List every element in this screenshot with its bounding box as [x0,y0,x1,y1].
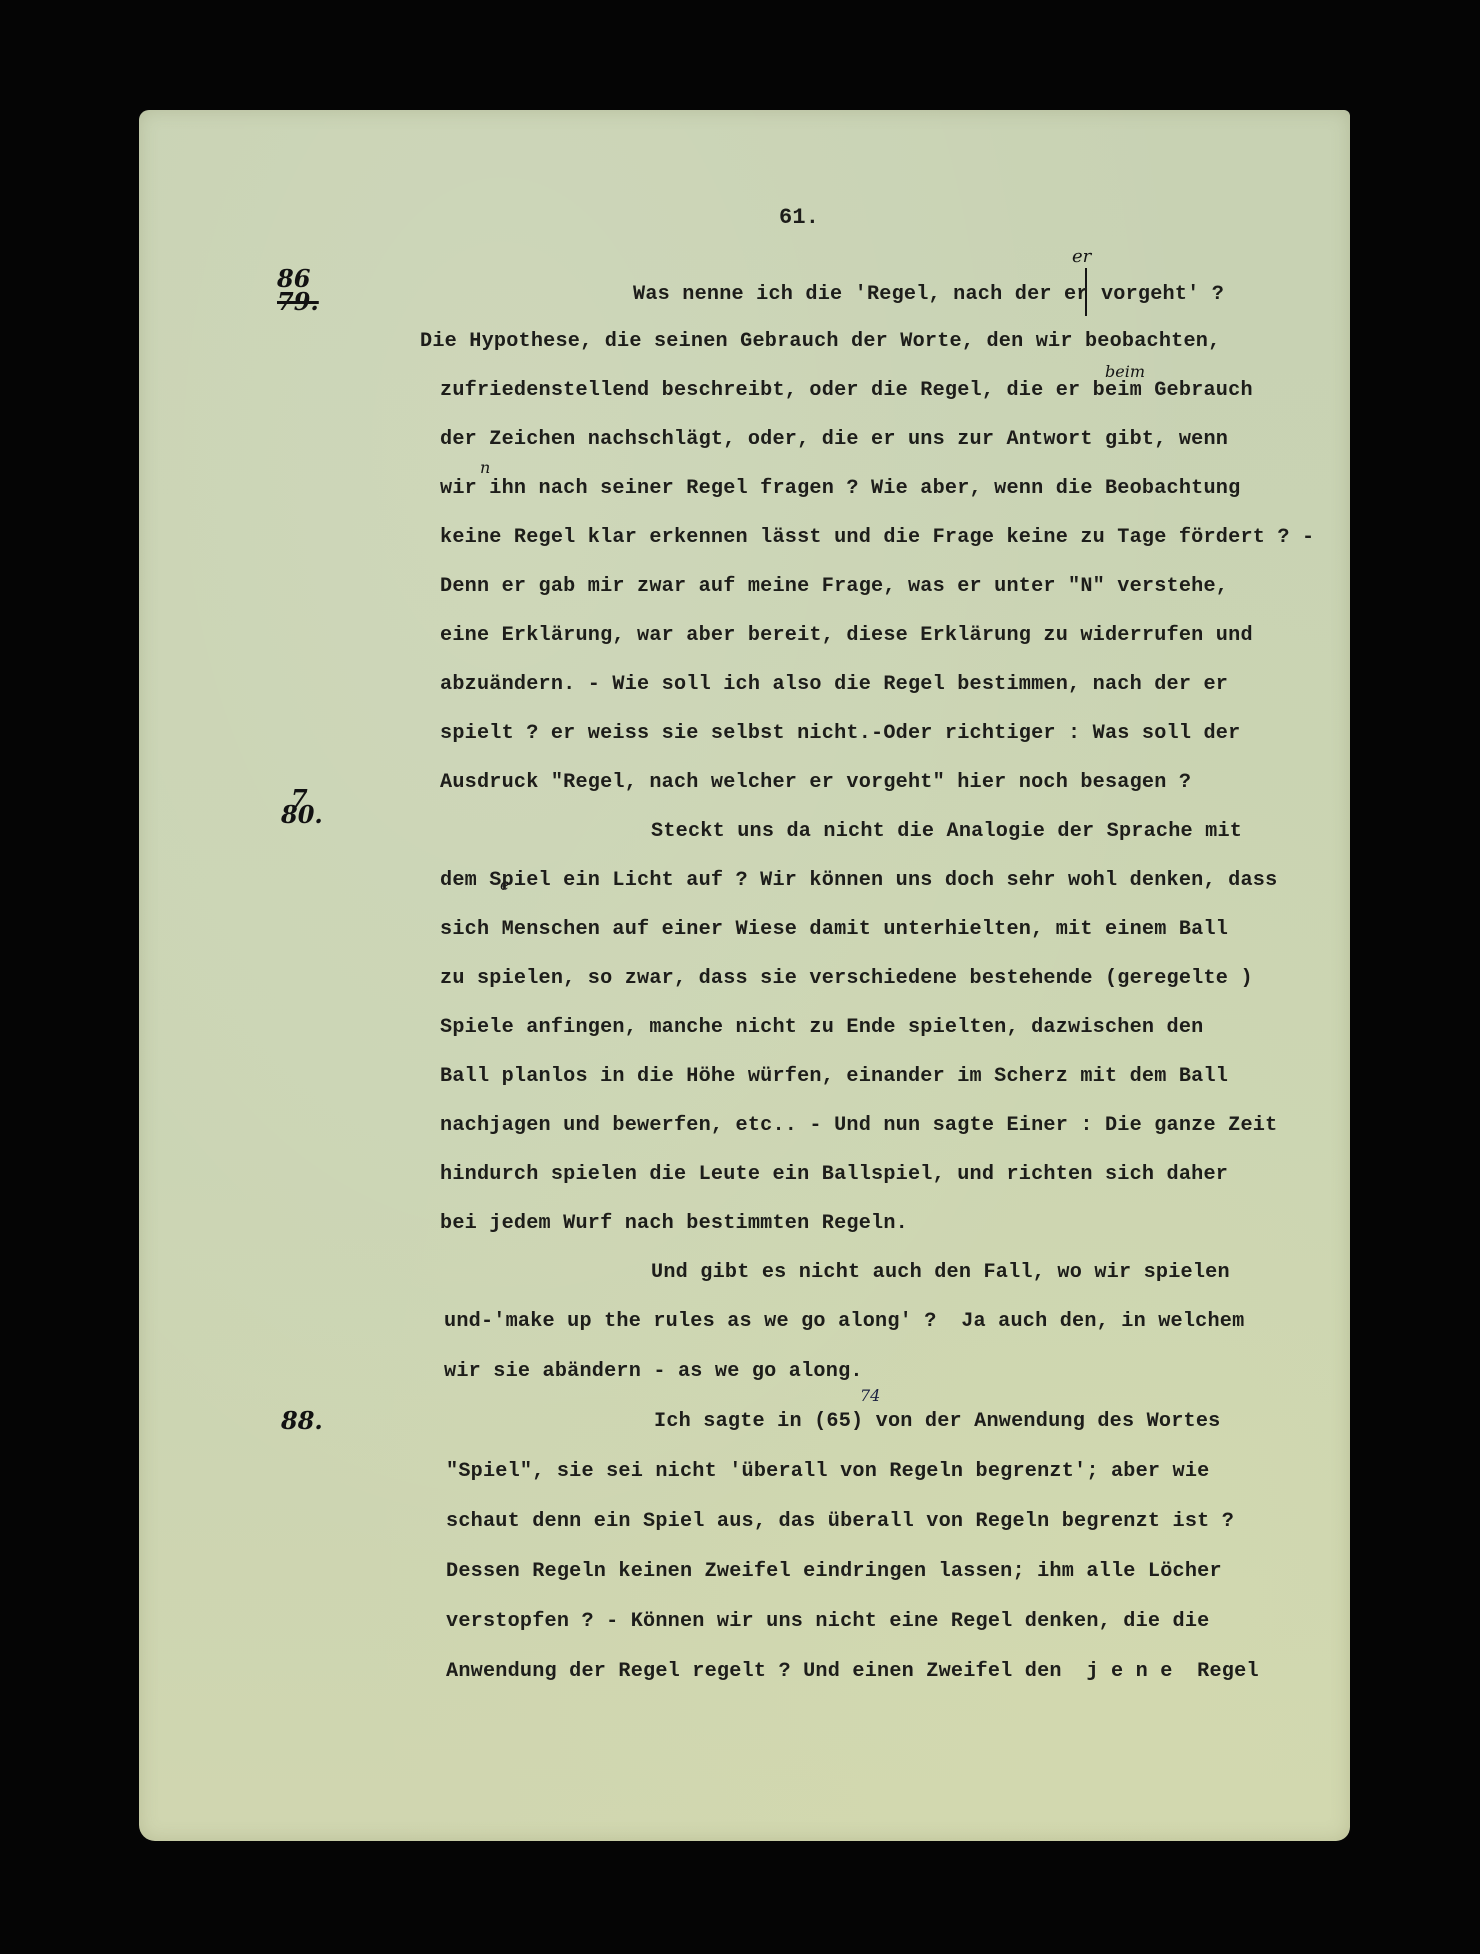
margin-number-87: 7 80. [281,800,323,829]
text-line: spielt ? er weiss sie selbst nicht.-Oder… [440,722,1240,746]
text-line: Denn er gab mir zwar auf meine Frage, wa… [440,575,1228,599]
text-line: "Spiel", sie sei nicht 'überall von Rege… [446,1460,1210,1484]
margin-number-88: 88. [281,1406,323,1435]
text-line: zufriedenstellend beschreibt, oder die R… [440,379,1253,403]
text-line: und-'make up the rules as we go along' ?… [444,1310,1244,1334]
text-line: Steckt uns da nicht die Analogie der Spr… [651,820,1242,844]
text-line: bei jedem Wurf nach bestimmten Regeln. [440,1212,908,1236]
text-line: schaut denn ein Spiel aus, das überall v… [446,1510,1234,1534]
text-line: der Zeichen nachschlägt, oder, die er un… [440,428,1228,452]
text-line: eine Erklärung, war aber bereit, diese E… [440,624,1253,648]
handwritten-insert-n: n [480,458,490,477]
text-line: Ich sagte in (65) von der Anwendung des … [654,1410,1220,1434]
margin-number-current: 88. [281,1406,323,1435]
page-number: 61. [779,206,819,230]
text-line: Spiele anfingen, manche nicht zu Ende sp… [440,1016,1204,1040]
margin-number-current: 7 [291,784,308,813]
text-line: hindurch spielen die Leute ein Ballspiel… [440,1163,1228,1187]
text-line: wir ihn nach seiner Regel fragen ? Wie a… [440,477,1240,501]
text-line: Anwendung der Regel regelt ? Und einen Z… [446,1660,1259,1684]
handwritten-insert-74: 74 [860,1386,880,1405]
text-line: sich Menschen auf einer Wiese damit unte… [440,918,1228,942]
text-line: dem Spiel ein Licht auf ? Wir können uns… [440,869,1277,893]
margin-number-86: 86 79. [277,264,319,316]
text-line: nachjagen und bewerfen, etc.. - Und nun … [440,1114,1277,1138]
text-line: Und gibt es nicht auch den Fall, wo wir … [651,1261,1230,1285]
text-line: abzuändern. - Wie soll ich also die Rege… [440,673,1228,697]
text-line: verstopfen ? - Können wir uns nicht eine… [446,1610,1210,1634]
text-line: Dessen Regeln keinen Zweifel eindringen … [446,1560,1222,1584]
text-line: zu spielen, so zwar, dass sie verschiede… [440,967,1253,991]
margin-number-struck: 79. [277,287,319,316]
handwritten-insert-er: er [1072,246,1091,267]
text-line: keine Regel klar erkennen lässt und die … [440,526,1314,550]
text-line: Ball planlos in die Höhe würfen, einande… [440,1065,1228,1089]
text-line: Die Hypothese, die seinen Gebrauch der W… [420,330,1220,354]
text-line: Was nenne ich die 'Regel, nach der er vo… [633,283,1224,307]
text-line: wir sie abändern - as we go along. [444,1360,863,1384]
text-line: Ausdruck "Regel, nach welcher er vorgeht… [440,771,1191,795]
